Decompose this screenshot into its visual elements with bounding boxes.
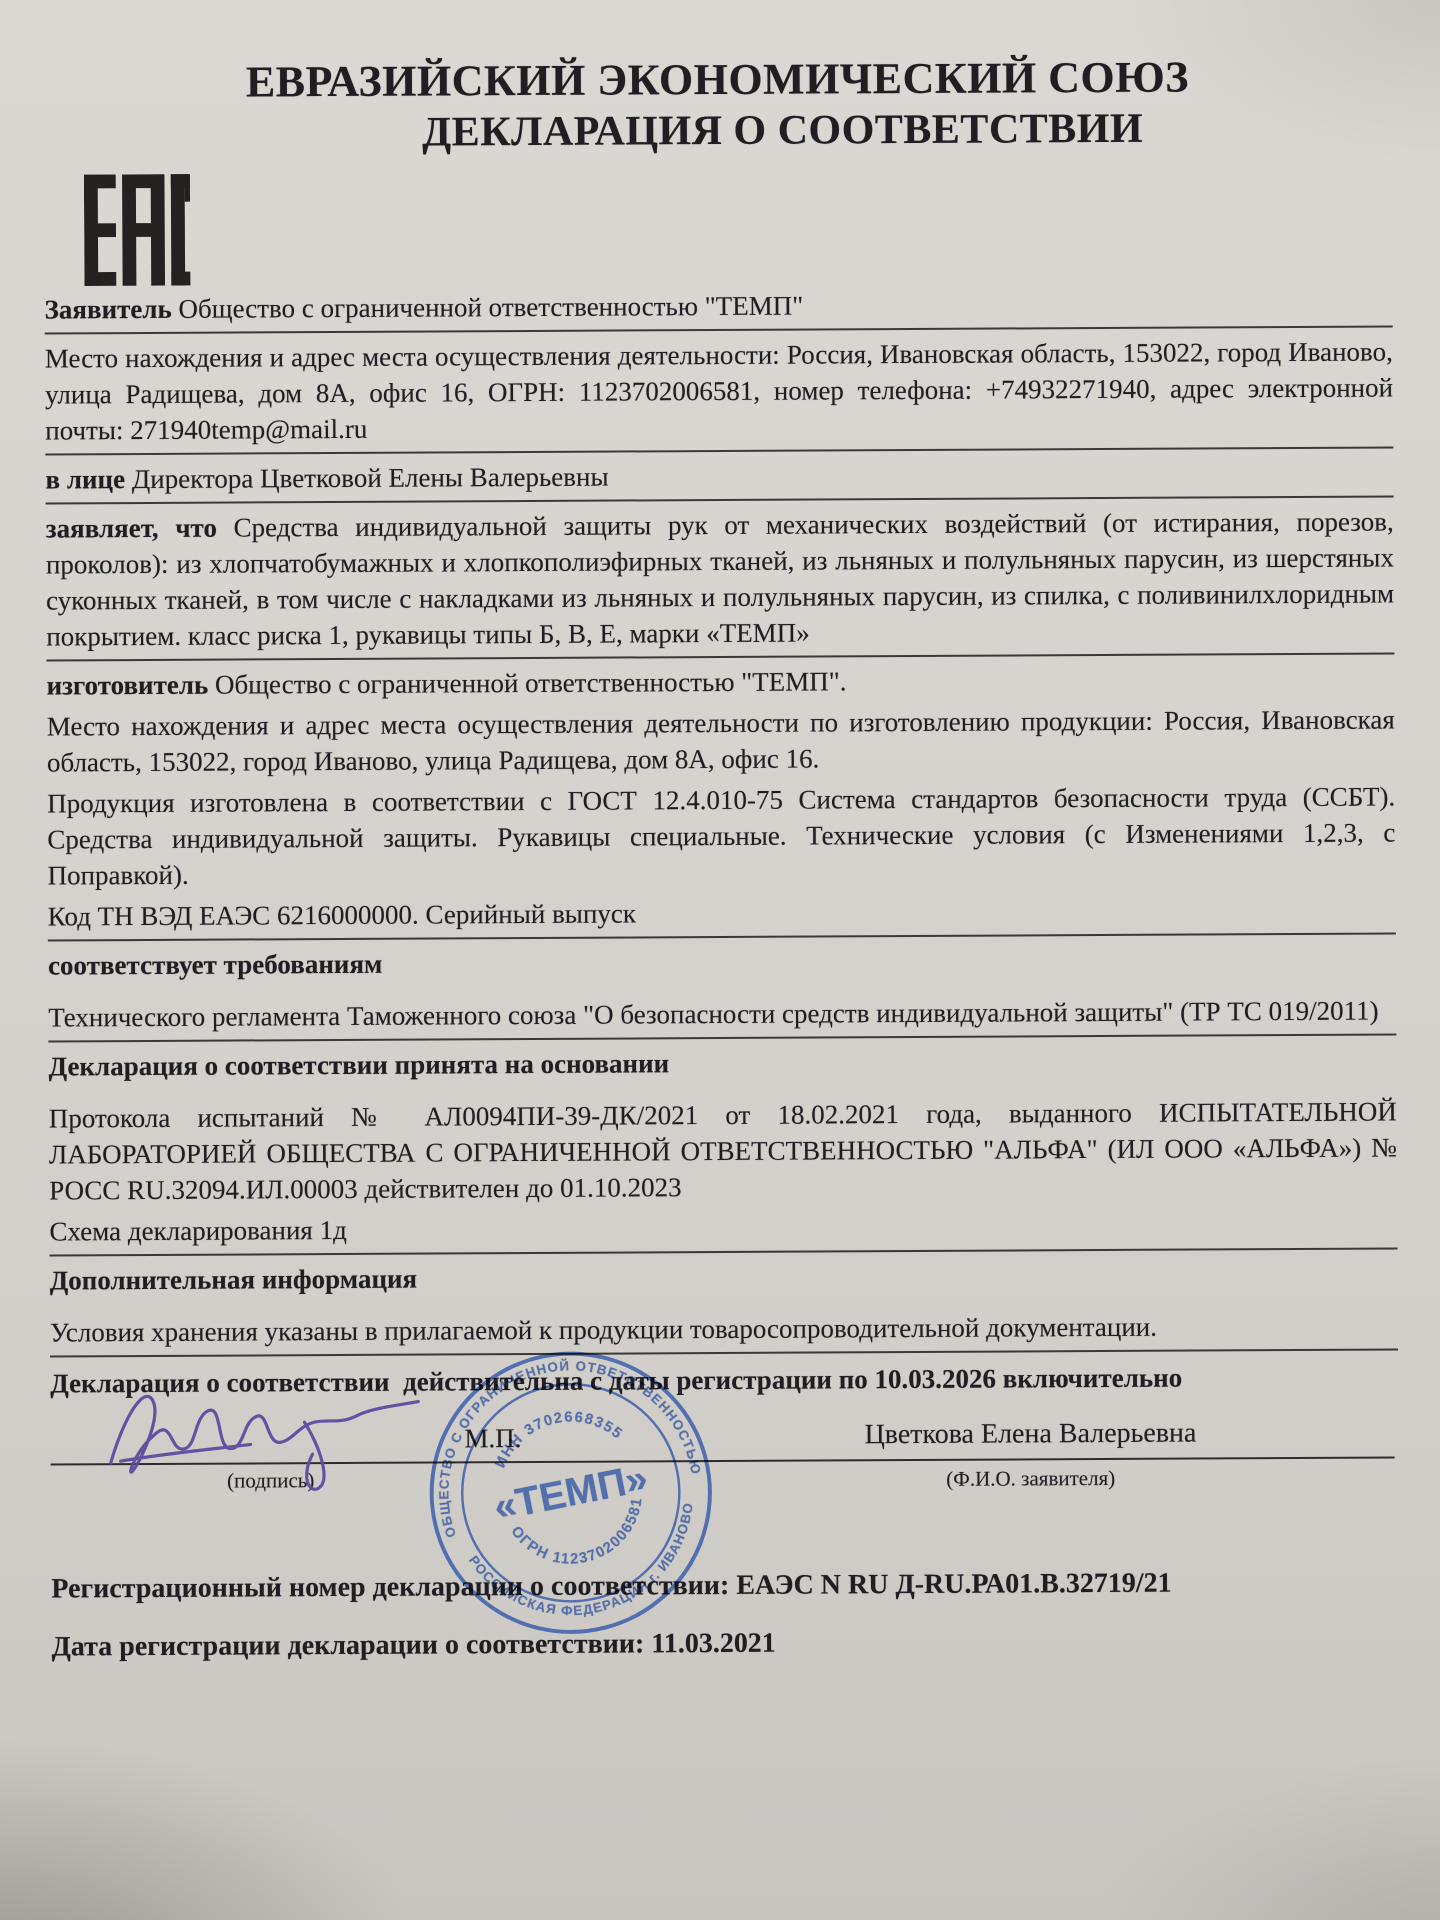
manufacturer-address: Место нахождения и адрес места осуществл… (47, 701, 1395, 780)
manufacturer-standard: Продукция изготовлена в соответствии с Г… (47, 778, 1396, 893)
compliance-label: соответствует требованиям (48, 940, 1396, 983)
tnved-line: Код ТН ВЭД ЕАЭС 6216000000. Серийный вып… (48, 891, 1396, 934)
divider (46, 652, 1394, 661)
signature-block: (подпись) М.П. Цветкова Елена Валерьевна… (50, 1402, 1399, 1561)
applicant-address: Место нахождения и адрес места осуществл… (45, 333, 1394, 448)
representative-line: в лице Директора Цветковой Елены Валерье… (45, 454, 1393, 497)
registration-date-line: Дата регистрации декларации о соответств… (51, 1622, 1399, 1665)
handwritten-signature (98, 1364, 429, 1506)
divider (48, 932, 1396, 941)
photographed-declaration-document: { "document": { "title_line1": "ЕВРАЗИЙС… (0, 0, 1440, 1920)
declaration-label: заявляет, что (46, 513, 217, 544)
applicant-line: Заявитель Общество с ограниченной ответс… (44, 284, 1392, 327)
representative-label: в лице (45, 464, 125, 494)
declarant-caption: (Ф.И.О. заявителя) (651, 1464, 1411, 1493)
divider (50, 1247, 1398, 1256)
basis-label: Декларация о соответствии принята на осн… (48, 1041, 1396, 1084)
document-sheet: ЕВРАЗИЙСКИЙ ЭКОНОМИЧЕСКИЙ СОЮЗ ДЕКЛАРАЦИ… (0, 0, 1440, 1920)
document-title-declaration: ДЕКЛАРАЦИЯ О СООТВЕТСТВИИ (44, 103, 1392, 158)
divider (50, 1348, 1398, 1357)
divider (48, 1033, 1396, 1042)
applicant-label: Заявитель (45, 294, 172, 325)
divider (46, 495, 1394, 504)
manufacturer-label: изготовитель (46, 670, 208, 701)
stamp-place-label: М.П. (464, 1423, 521, 1454)
declaration-statement: заявляет, что Средства индивидуальной за… (46, 503, 1395, 654)
registration-number-value: ЕАЭС N RU Д-RU.РА01.В.32719/21 (736, 1568, 1171, 1601)
divider (45, 446, 1393, 455)
scheme-line: Схема декларирования 1д (49, 1206, 1397, 1249)
document-title-union: ЕВРАЗИЙСКИЙ ЭКОНОМИЧЕСКИЙ СОЮЗ (43, 50, 1391, 108)
registration-number-line: Регистрационный номер декларации о соотв… (51, 1564, 1399, 1607)
declaration-value: Средства индивидуальной защиты рук от ме… (46, 506, 1394, 651)
declarant-name: Цветкова Елена Валерьевна (650, 1416, 1410, 1452)
representative-value: Директора Цветковой Елены Валерьевны (132, 462, 609, 494)
additional-value: Условия хранения указаны в прилагаемой к… (50, 1307, 1398, 1350)
additional-label: Дополнительная информация (50, 1255, 1398, 1298)
eac-mark-icon (84, 174, 191, 287)
manufacturer-value: Общество с ограниченной ответственностью… (215, 666, 847, 699)
stamp-center-text: «ТЕМП» (490, 1456, 651, 1530)
applicant-value: Общество с ограниченной ответственностью… (178, 291, 803, 324)
divider (45, 325, 1393, 334)
basis-value: Протокола испытаний № АЛ0094ПИ-39-ДК/202… (49, 1093, 1398, 1208)
compliance-value: Технического регламента Таможенного союз… (48, 992, 1396, 1035)
registration-date-value: 11.03.2021 (651, 1628, 776, 1660)
manufacturer-line: изготовитель Общество с ограниченной отв… (46, 660, 1394, 703)
